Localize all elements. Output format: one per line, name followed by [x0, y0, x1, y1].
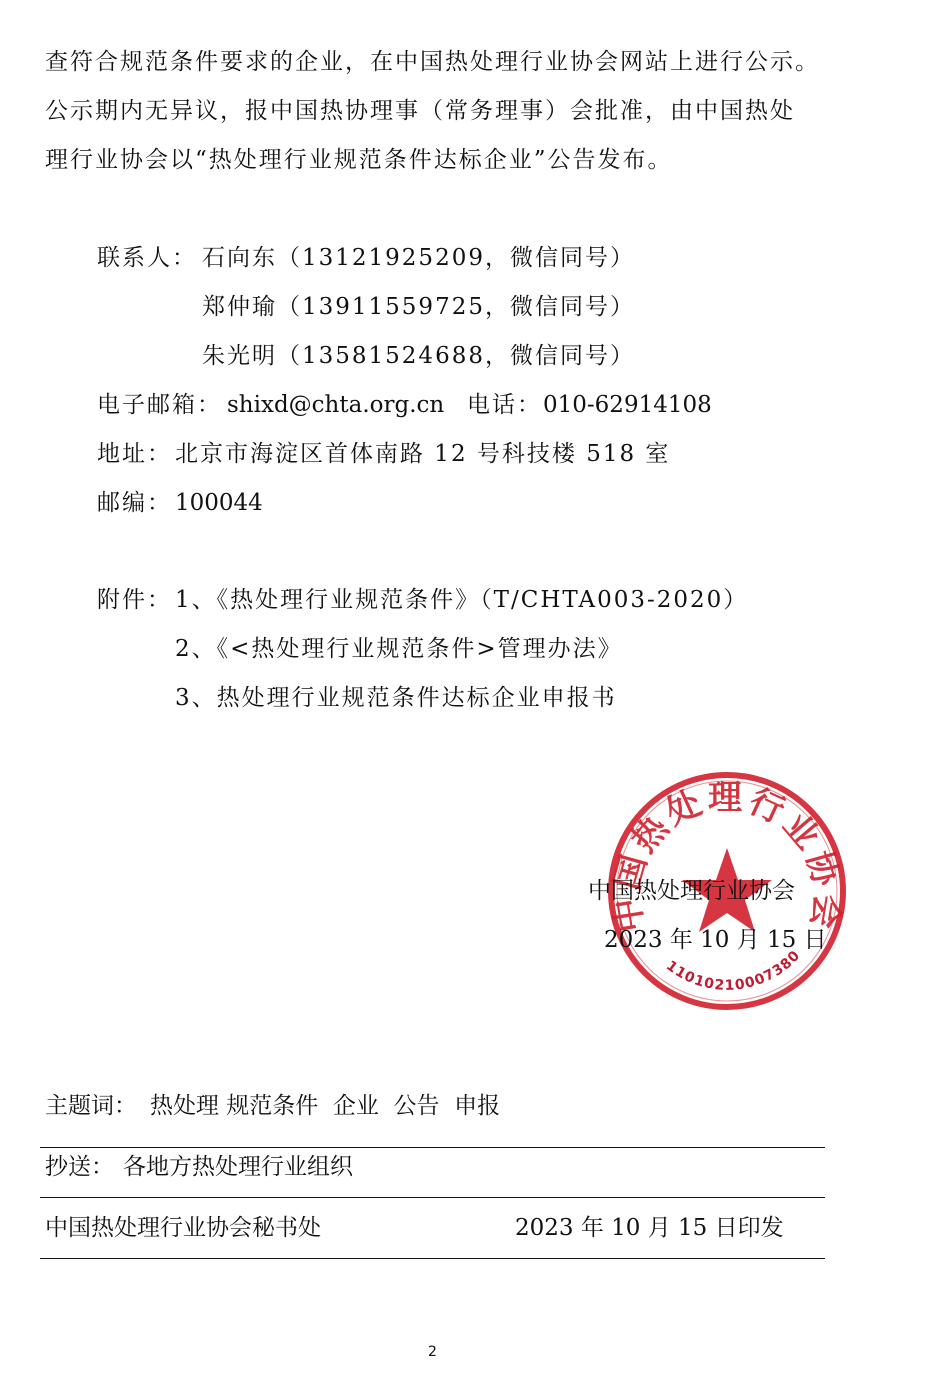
contact-person-1: 石向东（13121925209，微信同号） [202, 243, 635, 273]
contact-person-2: 郑仲瑜（13911559725，微信同号） [202, 292, 635, 322]
page-number: 2 [428, 1344, 437, 1360]
attachments-label: 附件： [97, 585, 172, 615]
attachment-item-2: 2、《<热处理行业规范条件>管理办法》 [175, 634, 623, 664]
keywords-label: 主题词： [45, 1091, 137, 1121]
paragraph-line-3: 理行业协会以“热处理行业规范条件达标企业”公告发布。 [45, 145, 673, 175]
attachment-item-3: 3、热处理行业规范条件达标企业申报书 [175, 683, 617, 713]
address-label: 地址： [97, 439, 172, 469]
contacts-label: 联系人： [97, 243, 197, 273]
footer-rule-bottom [40, 1258, 825, 1259]
attachment-item-1: 1、《热处理行业规范条件》（T/CHTA003-2020） [175, 585, 748, 615]
contact-person-3: 朱光明（13581524688，微信同号） [202, 341, 635, 371]
footer-rule-middle [40, 1197, 825, 1198]
signature-date: 2023 年 10 月 15 日 [604, 925, 827, 955]
postcode-value: 100044 [175, 488, 263, 518]
email-value[interactable]: shixd@chta.org.cn [227, 390, 444, 420]
cc-label: 抄送： [45, 1152, 114, 1182]
issuer: 中国热处理行业协会秘书处 [45, 1213, 321, 1243]
cc-value: 各地方热处理行业组织 [123, 1152, 353, 1182]
issue-date: 2023 年 10 月 15 日印发 [515, 1213, 784, 1243]
paragraph-line-1: 查符合规范条件要求的企业，在中国热处理行业协会网站上进行公示。 [45, 47, 820, 77]
footer-rule-top [40, 1147, 825, 1148]
address-value: 北京市海淀区首体南路 12 号科技楼 518 室 [175, 439, 670, 469]
phone-label: 电话： [467, 390, 542, 420]
paragraph-line-2: 公示期内无异议，报中国热协理事（常务理事）会批准，由中国热处 [45, 96, 795, 126]
signature-organization: 中国热处理行业协会 [588, 876, 795, 906]
keywords-value: 热处理 规范条件 企业 公告 申报 [150, 1091, 500, 1121]
postcode-label: 邮编： [97, 488, 172, 518]
email-label: 电子邮箱： [97, 390, 222, 420]
phone-value: 010-62914108 [543, 390, 712, 420]
